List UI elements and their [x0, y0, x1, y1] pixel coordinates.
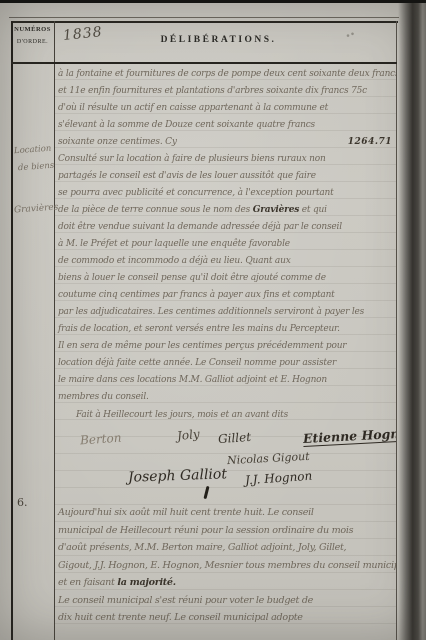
deliberation-entry-2: Aujourd'hui six août mil huit cent trent…	[58, 504, 394, 627]
manuscript-line: à la fontaine et fournitures de corps de…	[58, 66, 394, 83]
manuscript-line: à M. le Préfet et pour laquelle une enqu…	[58, 236, 394, 253]
numbers-column: Location de biens Gravières 6.	[11, 63, 54, 640]
manuscript-line: de commodo et incommodo a déjà eu lieu. …	[58, 253, 394, 270]
signature-etienne-hognon: Etienne Hognon	[303, 425, 396, 447]
manuscript-line: doit être vendue suivant la demande adre…	[58, 219, 394, 236]
deliberations-header: 1838 DÉLIBÉRATIONS.	[55, 21, 396, 62]
manuscript-line: Aujourd'hui six août mil huit cent trent…	[58, 504, 394, 522]
ink-smudge	[345, 32, 355, 38]
manuscript-line-majorite: et en faisant la majorité.	[58, 574, 394, 592]
manuscript-line: se pourra avec publicité et concurrence,…	[58, 185, 394, 202]
signature-berton: Berton	[80, 431, 122, 448]
manuscript-line: frais de location, et seront versés entr…	[58, 321, 394, 338]
ink-blot	[203, 486, 209, 499]
manuscript-line: membres du conseil.	[58, 389, 394, 406]
manuscript-line: s'élevant à la somme de Douze cent soixa…	[58, 117, 394, 134]
signature-nicolas-gigout: Nicolas Gigout	[227, 450, 310, 467]
manuscript-line: et 11e enfin fournitures et plantations …	[58, 83, 394, 100]
manuscript-line: biens à louer le conseil pense qu'il doi…	[58, 270, 394, 287]
signatures-block: Berton Joly Gillet Etienne Hognon Nicola…	[55, 426, 396, 500]
signature-gillet: Gillet	[218, 430, 252, 446]
scan-edge-top	[0, 0, 426, 3]
numbers-header-line2: D'ORDRE.	[11, 39, 54, 45]
manuscript-line: Le conseil municipal s'est réuni pour vo…	[58, 592, 394, 610]
margin-note-gravieres: Gravières	[14, 202, 59, 215]
frame-line-right	[396, 21, 397, 640]
manuscript-line: Il en sera de même pour les centimes per…	[58, 338, 394, 355]
manuscript-line: coutume cinq centimes par francs à payer…	[58, 287, 394, 304]
manuscript-line: partagés le conseil est d'avis de les lo…	[58, 168, 394, 185]
manuscript-line: municipal de Heillecourt réuni pour la s…	[58, 522, 394, 540]
manuscript-line-gravieres: de la pièce de terre connue sous le nom …	[58, 202, 394, 219]
deliberations-column: à la fontaine et fournitures de corps de…	[55, 63, 396, 640]
line-fragment: et en faisant	[58, 577, 117, 588]
signature-joseph-galliot: Joseph Galliot	[128, 466, 227, 485]
manuscript-line: Gigout, J.J. Hognon, E. Hognon, Mesnier …	[58, 557, 394, 575]
majority-emphasis: la majorité.	[117, 577, 175, 588]
page-title: DÉLIBÉRATIONS.	[55, 35, 382, 45]
signature-jj-hognon: J.J. Hognon	[245, 469, 313, 488]
line-fragment: de la pièce de terre connue sous le nom …	[58, 205, 253, 215]
margin-note-location: Location	[14, 144, 52, 157]
manuscript-line: par les adjudicataires. Les centimes add…	[58, 304, 394, 321]
deliberation-entry-1: à la fontaine et fournitures de corps de…	[58, 66, 394, 424]
manuscript-line: le maire dans ces locations M.M. Galliot…	[58, 372, 394, 389]
closing-formula: Fait à Heillecourt les jours, mois et an…	[76, 407, 394, 424]
margin-note-biens: de biens	[18, 161, 55, 174]
signature-joly: Joly	[176, 427, 200, 443]
manuscript-line: d'août présents, M.M. Berton maire, Gall…	[58, 539, 394, 557]
manuscript-line: d'où il résulte un actif en caisse appar…	[58, 100, 394, 117]
amount-line: soixante onze centimes. Cy 1264.71	[58, 134, 394, 151]
page-binding-shadow	[398, 0, 426, 640]
manuscript-line: dix huit cent trente neuf. Le conseil mu…	[58, 609, 394, 627]
manuscript-line: soixante onze centimes. Cy	[58, 134, 177, 151]
numbers-header-line1: NUMÉROS	[11, 26, 54, 33]
frame-line-top-outer	[9, 17, 399, 18]
total-amount: 1264.71	[348, 134, 394, 151]
manuscript-line: Consulté sur la location à faire de plus…	[58, 151, 394, 168]
place-name-gravieres: Gravières	[253, 205, 299, 215]
numbers-column-header: NUMÉROS D'ORDRE.	[11, 26, 54, 45]
entry-number: 6.	[17, 496, 28, 509]
line-fragment: et qui	[299, 205, 327, 215]
manuscript-line: location déjà faite cette année. Le Cons…	[58, 355, 394, 372]
